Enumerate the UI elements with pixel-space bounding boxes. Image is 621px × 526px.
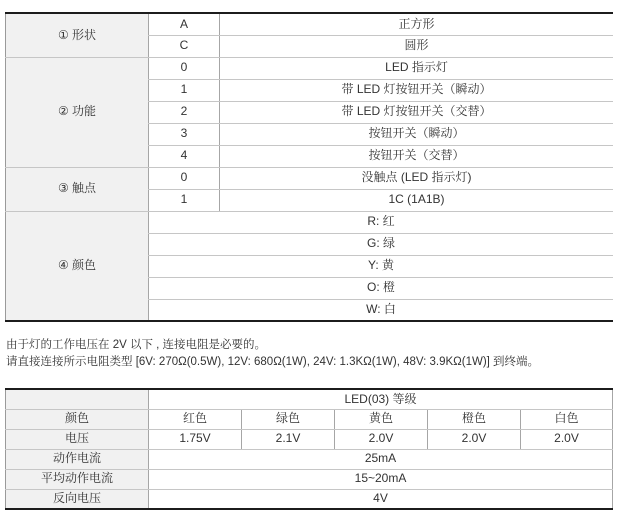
value-cell: 按钮开关（瞬动） (220, 123, 614, 145)
code-row: ③ 触点 0 没触点 (LED 指示灯) (6, 167, 614, 189)
section-label-function: ② 功能 (6, 57, 149, 167)
color-name-cell: 黄色 (335, 409, 428, 429)
voltage-cell: 1.75V (149, 429, 242, 449)
resistor-note: 由于灯的工作电压在 2V 以下 , 连接电阻是必要的。 请直接连接所示电阻类型 … (6, 337, 615, 371)
ordering-code-table: ① 形状 A 正方形 C 圆形 ② 功能 0 LED 指示灯 1 带 LED 灯… (5, 12, 613, 322)
led-avg-operating-current-row: 平均动作电流 15~20mA (6, 469, 613, 489)
led-voltage-row: 电压 1.75V 2.1V 2.0V 2.0V 2.0V (6, 429, 613, 449)
code-cell: 1 (149, 79, 220, 101)
note-line-2: 请直接连接所示电阻类型 [6V: 270Ω(0.5W), 12V: 680Ω(1… (6, 354, 615, 371)
code-cell: 4 (149, 145, 220, 167)
reverse-voltage-value: 4V (149, 489, 613, 509)
code-cell: 1 (149, 189, 220, 211)
note-line-1: 由于灯的工作电压在 2V 以下 , 连接电阻是必要的。 (6, 337, 615, 354)
voltage-cell: 2.1V (242, 429, 335, 449)
led-table-title: LED(03) 等级 (149, 389, 613, 409)
avg-operating-current-value: 15~20mA (149, 469, 613, 489)
voltage-cell: 2.0V (428, 429, 521, 449)
color-option-cell: O: 橙 (149, 277, 614, 299)
color-name-cell: 绿色 (242, 409, 335, 429)
value-cell: 带 LED 灯按钮开关（瞬动） (220, 79, 614, 101)
value-cell: 按钮开关（交替） (220, 145, 614, 167)
code-cell: A (149, 13, 220, 35)
code-cell: 2 (149, 101, 220, 123)
row-label-reverse-voltage: 反向电压 (6, 489, 149, 509)
code-cell: 3 (149, 123, 220, 145)
color-option-cell: W: 白 (149, 299, 614, 321)
code-row: ② 功能 0 LED 指示灯 (6, 57, 614, 79)
code-row: ① 形状 A 正方形 (6, 13, 614, 35)
value-cell: 带 LED 灯按钮开关（交替） (220, 101, 614, 123)
led-rating-table: LED(03) 等级 颜色 红色 绿色 黄色 橙色 白色 电压 1.75V 2.… (5, 388, 613, 510)
color-option-cell: G: 绿 (149, 233, 614, 255)
value-cell: 没触点 (LED 指示灯) (220, 167, 614, 189)
led-operating-current-row: 动作电流 25mA (6, 449, 613, 469)
value-cell: 圆形 (220, 35, 614, 57)
datasheet-page: ① 形状 A 正方形 C 圆形 ② 功能 0 LED 指示灯 1 带 LED 灯… (0, 0, 621, 526)
section-label-shape: ① 形状 (6, 13, 149, 57)
row-label-operating-current: 动作电流 (6, 449, 149, 469)
section-label-contact: ③ 触点 (6, 167, 149, 211)
row-label-avg-operating-current: 平均动作电流 (6, 469, 149, 489)
color-option-cell: Y: 黄 (149, 255, 614, 277)
led-reverse-voltage-row: 反向电压 4V (6, 489, 613, 509)
color-name-cell: 橙色 (428, 409, 521, 429)
operating-current-value: 25mA (149, 449, 613, 469)
code-cell: C (149, 35, 220, 57)
row-label-color: 颜色 (6, 409, 149, 429)
code-cell: 0 (149, 57, 220, 79)
value-cell: 1C (1A1B) (220, 189, 614, 211)
led-color-row: 颜色 红色 绿色 黄色 橙色 白色 (6, 409, 613, 429)
color-option-cell: R: 红 (149, 211, 614, 233)
value-cell: 正方形 (220, 13, 614, 35)
row-label-voltage: 电压 (6, 429, 149, 449)
voltage-cell: 2.0V (335, 429, 428, 449)
value-cell: LED 指示灯 (220, 57, 614, 79)
color-name-cell: 白色 (521, 409, 613, 429)
code-cell: 0 (149, 167, 220, 189)
led-header-row: LED(03) 等级 (6, 389, 613, 409)
code-row: ④ 颜色 R: 红 (6, 211, 614, 233)
color-name-cell: 红色 (149, 409, 242, 429)
section-label-color: ④ 颜色 (6, 211, 149, 321)
voltage-cell: 2.0V (521, 429, 613, 449)
led-header-empty-cell (6, 389, 149, 409)
